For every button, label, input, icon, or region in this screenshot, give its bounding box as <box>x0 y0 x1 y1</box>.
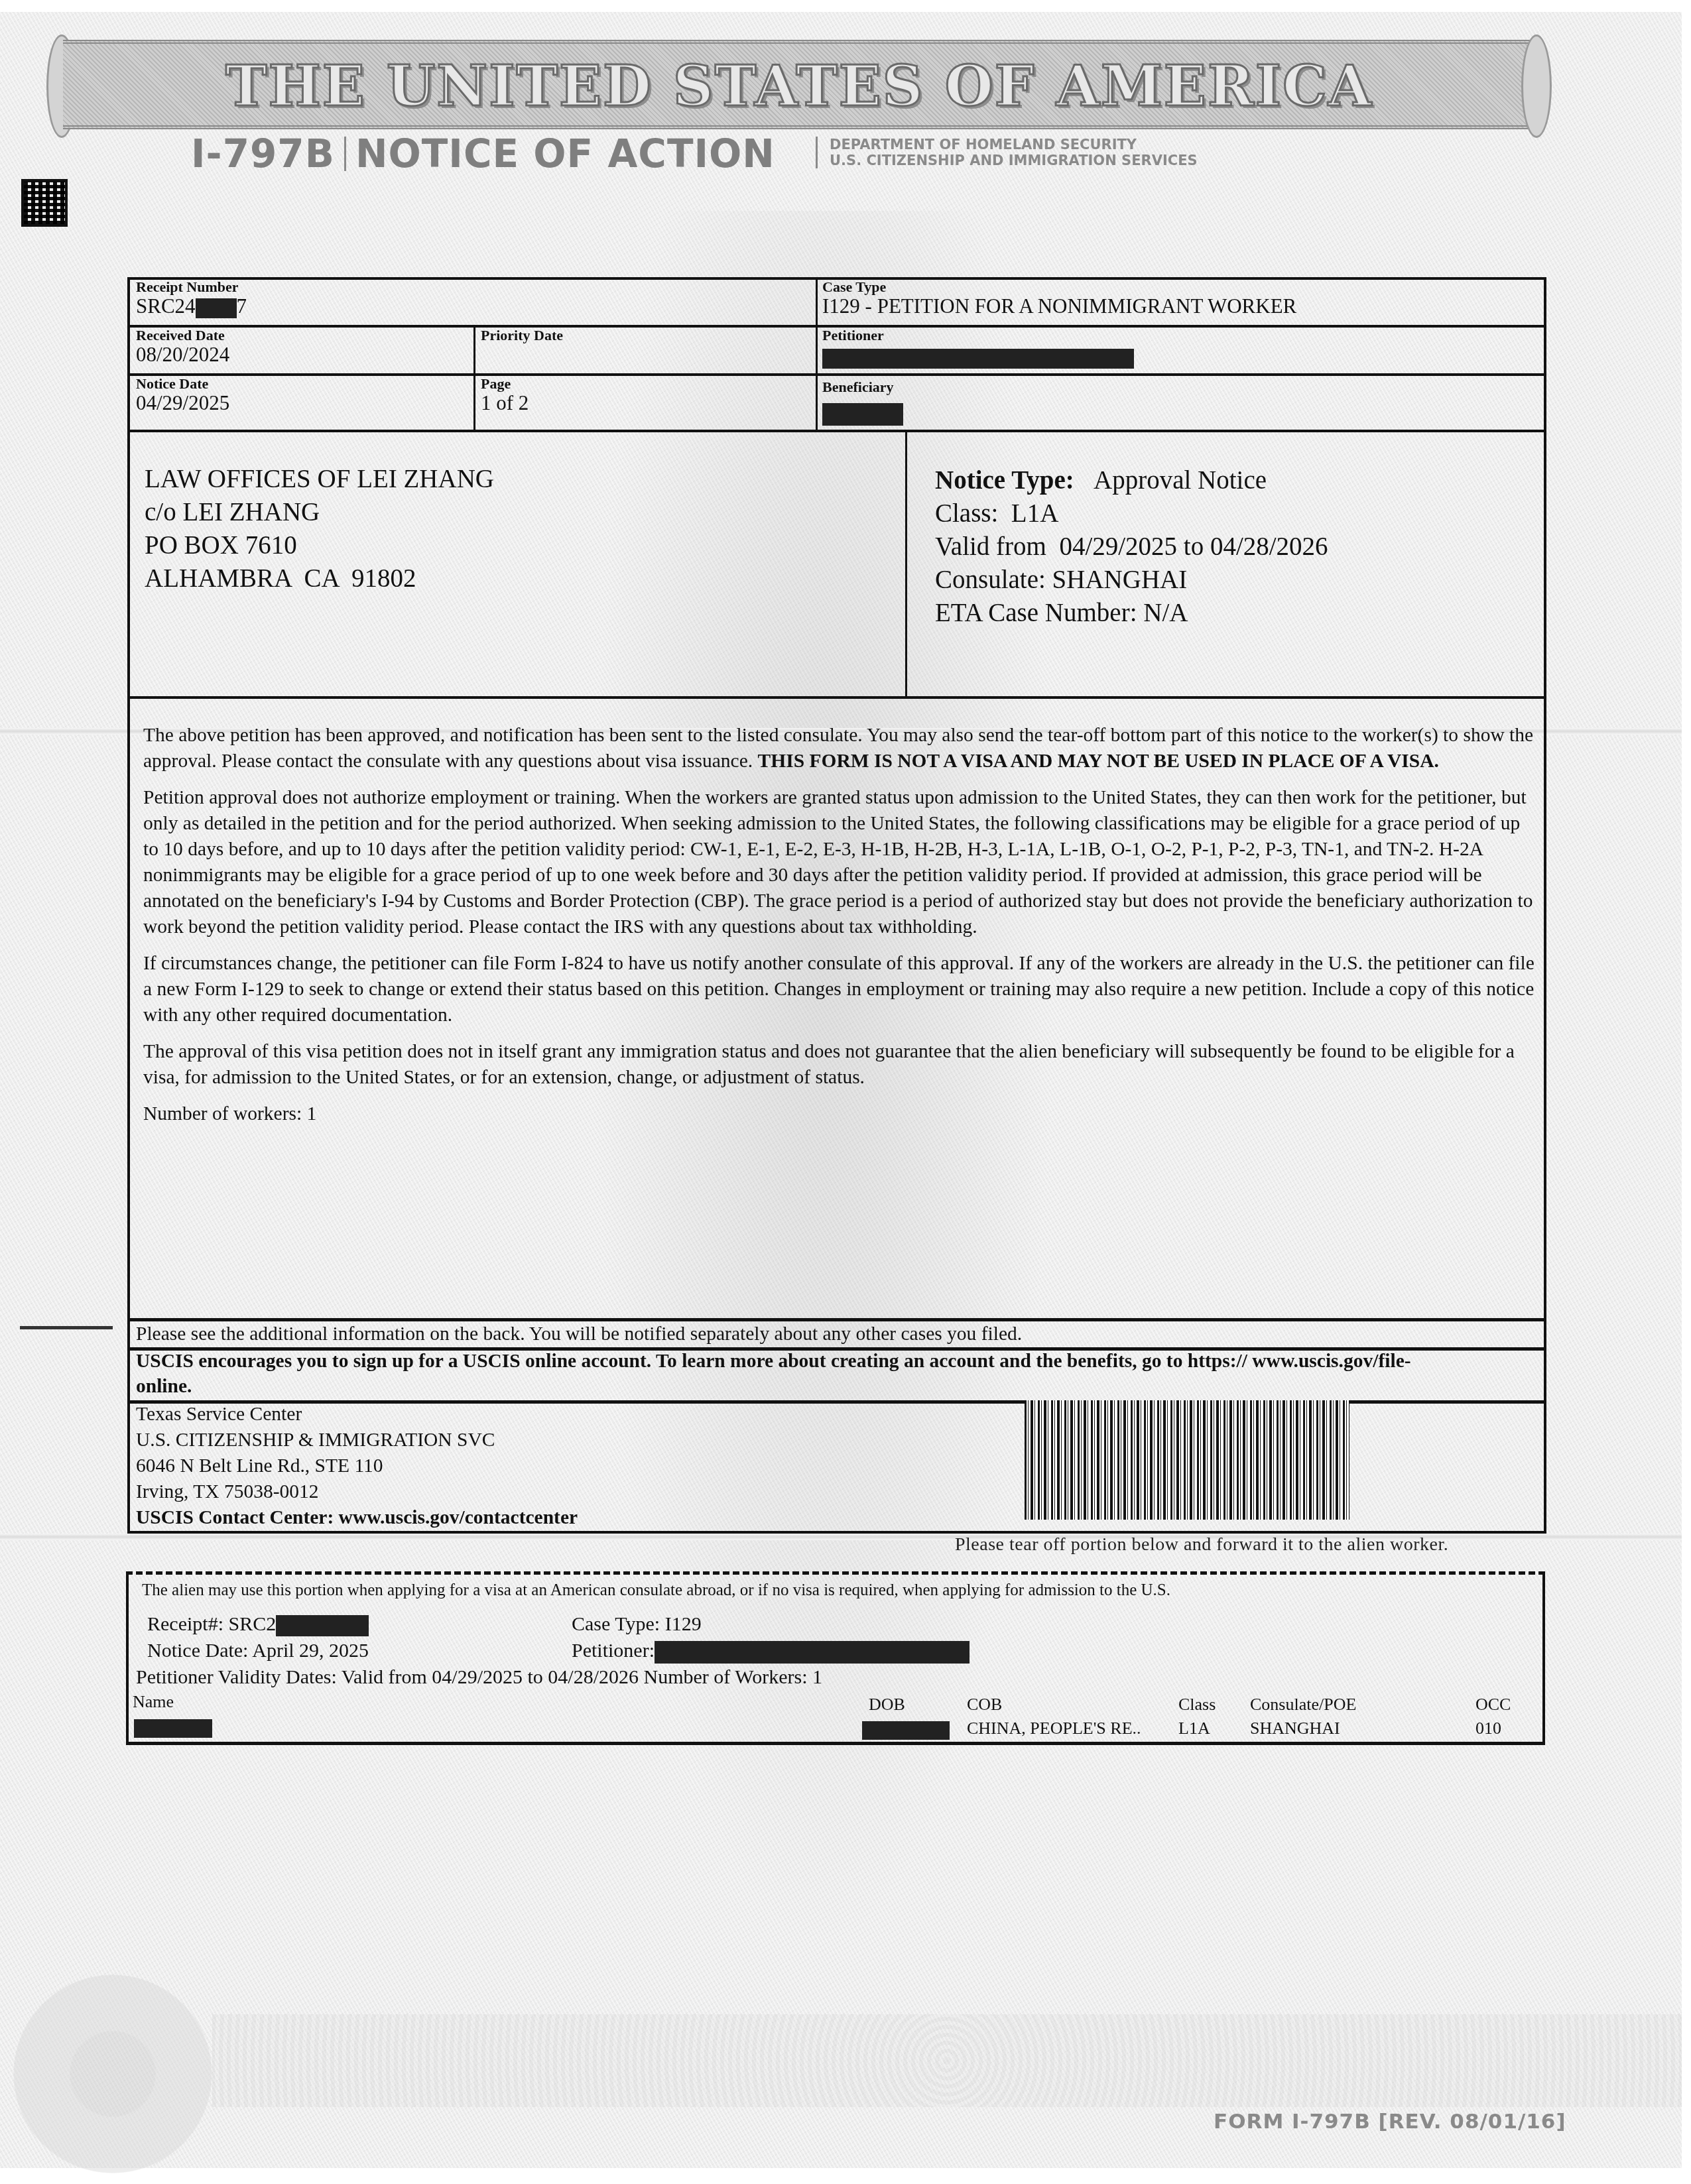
received-date-field: Received Date 08/20/2024 <box>136 328 229 366</box>
case-type-value: I129 - PETITION FOR A NONIMMIGRANT WORKE… <box>822 295 1296 318</box>
received-date-value: 08/20/2024 <box>136 343 229 366</box>
notice-body: The above petition has been approved, an… <box>143 723 1536 1138</box>
class-value: Class: L1A <box>935 497 1328 530</box>
column-header-name: Name <box>133 1692 174 1712</box>
cob-value: CHINA, PEOPLE'S RE.. <box>967 1719 1141 1738</box>
column-header-cob: COB <box>967 1695 1002 1715</box>
agency-line: U.S. CITIZENSHIP AND IMMIGRATION SERVICE… <box>830 152 1198 168</box>
field-label: Case Type <box>822 279 1296 295</box>
receipt-number-value: SRC247 <box>136 295 247 318</box>
tear-off-instruction: Please tear off portion below and forwar… <box>955 1534 1448 1555</box>
field-label: Page <box>481 376 529 392</box>
notice-summary: Notice Type: Approval Notice Class: L1A … <box>935 464 1328 630</box>
scan-mark <box>20 1326 113 1329</box>
tear-off-petitioner: Petitioner: <box>572 1638 970 1664</box>
tear-off-validity: Petitioner Validity Dates: Valid from 04… <box>136 1664 822 1691</box>
header-banner: THE UNITED STATES OF AMERICA <box>46 40 1552 129</box>
page-field: Page 1 of 2 <box>481 376 529 414</box>
department-line: DEPARTMENT OF HOMELAND SECURITY <box>830 137 1198 152</box>
form-title: NOTICE OF ACTION <box>355 131 775 176</box>
field-label: Petitioner <box>822 328 1134 343</box>
service-center-address: Texas Service Center U.S. CITIZENSHIP & … <box>136 1402 578 1531</box>
approval-paragraph: The above petition has been approved, an… <box>143 723 1536 774</box>
notice-date-value: 04/29/2025 <box>136 392 229 414</box>
column-header-occ: OCC <box>1475 1695 1511 1715</box>
banner-title: THE UNITED STATES OF AMERICA <box>46 53 1552 119</box>
field-label: Notice Date <box>136 376 229 392</box>
page-value: 1 of 2 <box>481 392 529 414</box>
qr-code-icon <box>21 179 68 227</box>
occ-value: 010 <box>1475 1719 1501 1738</box>
field-label: Beneficiary <box>822 379 903 395</box>
column-header-class: Class <box>1178 1695 1216 1715</box>
not-a-visa-warning: THIS FORM IS NOT A VISA AND MAY NOT BE U… <box>758 751 1439 772</box>
beneficiary-field: Beneficiary <box>822 379 903 426</box>
tear-off-receipt: Receipt#: SRC2 <box>147 1611 369 1638</box>
field-label: Receipt Number <box>136 279 247 295</box>
consulate-value: Consulate: SHANGHAI <box>935 564 1328 597</box>
notice-date-field: Notice Date 04/29/2025 <box>136 376 229 414</box>
form-revision: FORM I-797B [REV. 08/01/16] <box>1214 2110 1566 2134</box>
beneficiary-redaction <box>822 403 903 426</box>
validity-period: Valid from 04/29/2025 to 04/28/2026 <box>935 530 1328 564</box>
rosette-ornament <box>13 1974 212 2173</box>
department-name: DEPARTMENT OF HOMELAND SECURITY U.S. CIT… <box>816 137 1198 168</box>
address-line: LAW OFFICES OF LEI ZHANG <box>145 463 494 496</box>
name-redaction <box>134 1719 212 1738</box>
field-label: Received Date <box>136 328 229 343</box>
online-account-notice[interactable]: USCIS encourages you to sign up for a US… <box>136 1349 1462 1399</box>
table-row <box>134 1717 212 1738</box>
class-value: L1A <box>1178 1719 1210 1738</box>
tear-off-case-type: Case Type: I129 <box>572 1611 702 1638</box>
guilloche-border <box>212 2014 1682 2107</box>
notice-type-value: Approval Notice <box>1094 466 1267 495</box>
redaction-block <box>196 298 237 318</box>
service-center-name: Texas Service Center <box>136 1402 578 1427</box>
petitioner-redaction <box>822 349 1134 369</box>
barcode-icon <box>1025 1400 1349 1520</box>
receipt-number-field: Receipt Number SRC247 <box>136 279 247 318</box>
status-disclaimer-paragraph: The approval of this visa petition does … <box>143 1039 1536 1091</box>
address-line: U.S. CITIZENSHIP & IMMIGRATION SVC <box>136 1427 578 1453</box>
redaction-block <box>276 1615 369 1636</box>
employment-paragraph: Petition approval does not authorize emp… <box>143 785 1536 940</box>
form-heading: I-797BNOTICE OF ACTION <box>191 131 775 176</box>
column-header-dob: DOB <box>869 1695 905 1715</box>
address-line: 6046 N Belt Line Rd., STE 110 <box>136 1453 578 1479</box>
tear-off-intro: The alien may use this portion when appl… <box>142 1581 1170 1600</box>
field-label: Priority Date <box>481 328 563 343</box>
petitioner-redaction <box>655 1641 970 1664</box>
column-header-consulate: Consulate/POE <box>1250 1695 1356 1715</box>
circumstances-paragraph: If circumstances change, the petitioner … <box>143 951 1536 1028</box>
mailing-address: LAW OFFICES OF LEI ZHANG c/o LEI ZHANG P… <box>145 463 494 595</box>
contact-center-link[interactable]: USCIS Contact Center: www.uscis.gov/cont… <box>136 1505 578 1531</box>
address-line: ALHAMBRA CA 91802 <box>145 562 494 595</box>
tear-off-notice-date: Notice Date: April 29, 2025 <box>147 1638 369 1664</box>
dob-redaction <box>862 1721 950 1740</box>
petitioner-field: Petitioner <box>822 328 1134 369</box>
number-of-workers: Number of workers: 1 <box>143 1101 1536 1127</box>
notice-type-label: Notice Type: <box>935 466 1074 495</box>
address-line: Irving, TX 75038-0012 <box>136 1479 578 1505</box>
additional-info-note: Please see the additional information on… <box>136 1321 1022 1347</box>
address-line: c/o LEI ZHANG <box>145 496 494 529</box>
eta-case-number: ETA Case Number: N/A <box>935 597 1328 630</box>
beneficiary-table: Name DOB COB Class Consulate/POE OCC CHI… <box>133 1692 1538 1738</box>
priority-date-field: Priority Date <box>481 328 563 343</box>
case-type-field: Case Type I129 - PETITION FOR A NONIMMIG… <box>822 279 1296 318</box>
divider <box>344 137 346 171</box>
consulate-value: SHANGHAI <box>1250 1719 1340 1738</box>
form-number: I-797B <box>191 131 335 176</box>
address-line: PO BOX 7610 <box>145 529 494 562</box>
